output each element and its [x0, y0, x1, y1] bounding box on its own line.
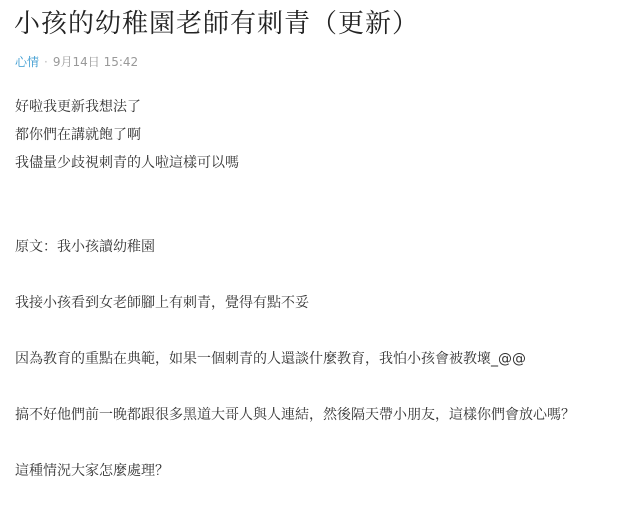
- paragraph-gap: [15, 317, 630, 345]
- body-line: 好啦我更新我想法了: [15, 93, 630, 121]
- post-title: 小孩的幼稚園老師有刺青（更新）: [14, 4, 419, 44]
- body-line: 因為教育的重點在典範，如果一個刺青的人還談什麼教育，我怕小孩會被教壞_@@: [15, 345, 630, 373]
- body-line: 搞不好他們前一晚都跟很多黑道大哥人與人連結，然後隔天帶小朋友，這樣你們會放心嗎？: [15, 401, 630, 429]
- board-link[interactable]: 心情: [15, 55, 39, 69]
- paragraph-gap: [15, 261, 630, 289]
- body-line: 原文：我小孩讀幼稚園: [15, 233, 630, 261]
- body-line: 我接小孩看到女老師腳上有刺青，覺得有點不妥: [15, 289, 630, 317]
- body-line: 都你們在講就飽了啊: [15, 121, 630, 149]
- paragraph-gap: [15, 177, 630, 233]
- post-container: 小孩的幼稚園老師有刺青（更新） 心情·9月14日 15:42 好啦我更新我想法了…: [0, 0, 643, 512]
- paragraph-gap: [15, 429, 630, 457]
- post-timestamp: 9月14日 15:42: [53, 55, 138, 69]
- post-meta: 心情·9月14日 15:42: [15, 53, 138, 71]
- body-line: 我儘量少歧視刺青的人啦這樣可以嗎: [15, 149, 630, 177]
- body-line: 這種情況大家怎麼處理？: [15, 457, 630, 485]
- post-body: 好啦我更新我想法了 都你們在講就飽了啊 我儘量少歧視刺青的人啦這樣可以嗎 原文：…: [15, 93, 630, 485]
- meta-separator: ·: [44, 55, 48, 69]
- paragraph-gap: [15, 373, 630, 401]
